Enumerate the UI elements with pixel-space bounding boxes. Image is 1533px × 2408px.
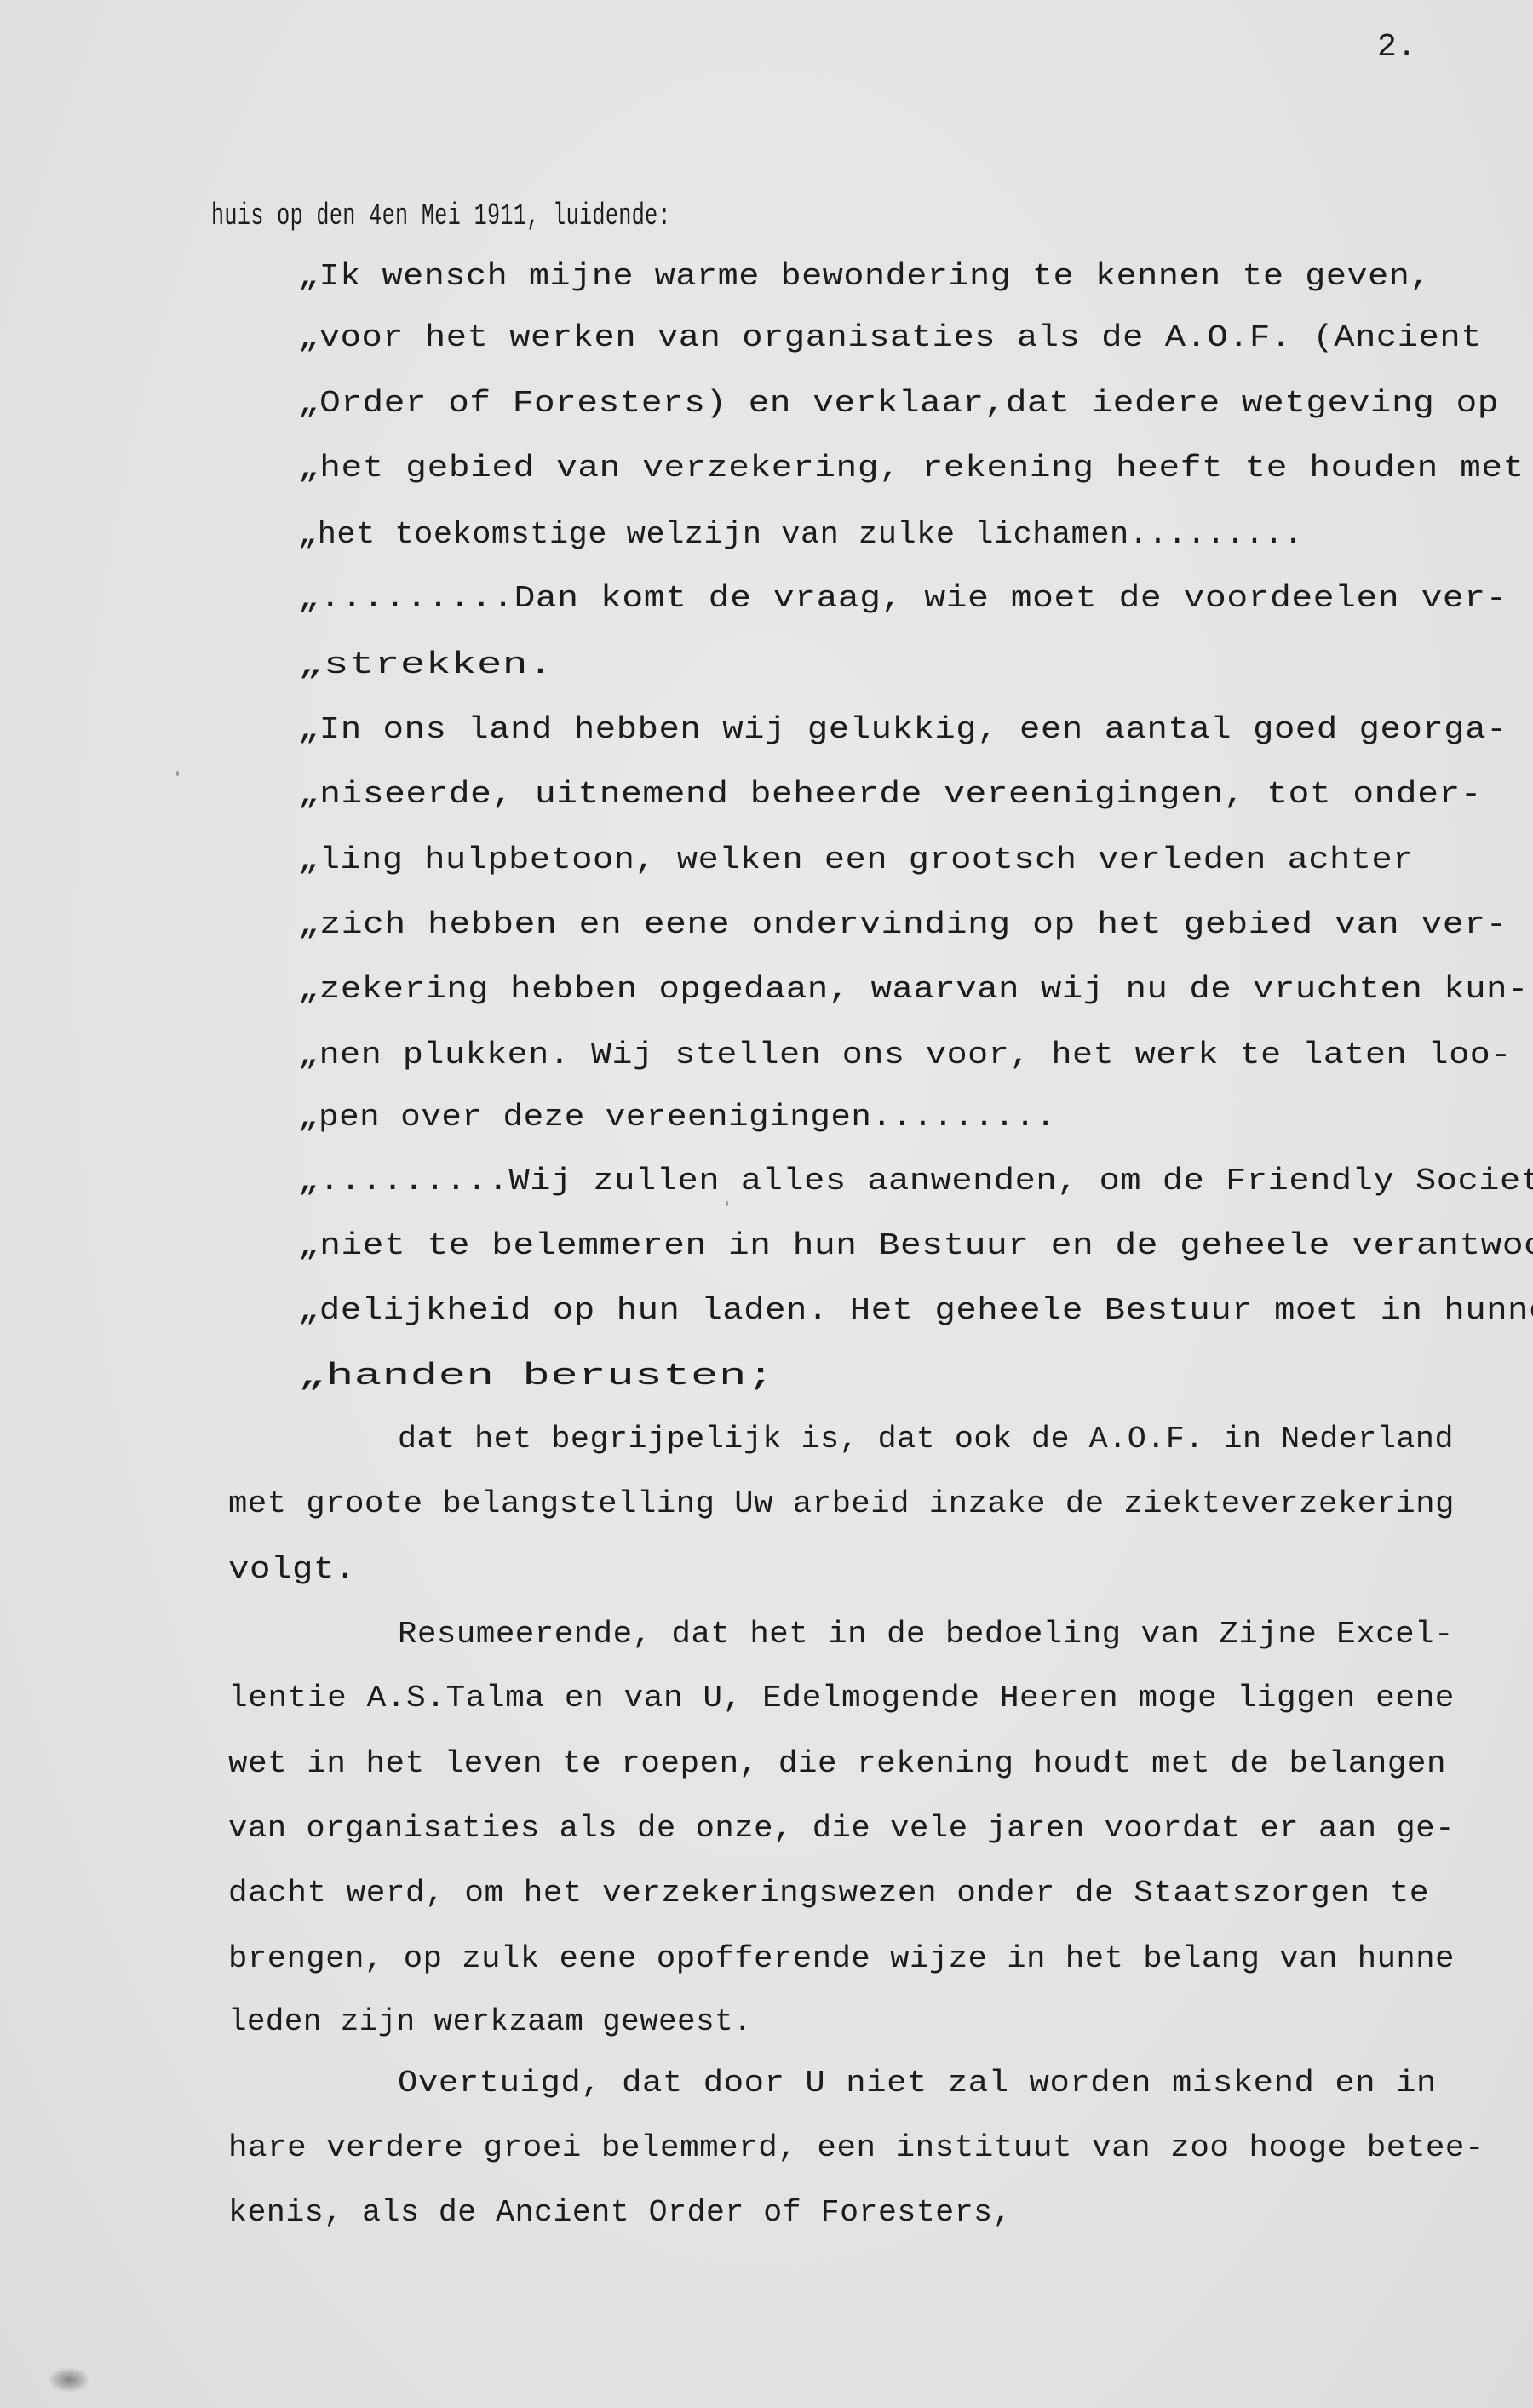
paper-speck bbox=[176, 771, 179, 776]
text-line: „pen over deze vereenigingen......... bbox=[298, 1099, 1056, 1136]
ink-smudge bbox=[49, 2368, 89, 2392]
text-line: dacht werd, om het verzekeringswezen ond… bbox=[228, 1875, 1429, 1912]
text-line: „delijkheid op hun laden. Het geheele Be… bbox=[298, 1292, 1533, 1330]
text-line: kenis, als de Ancient Order of Foresters… bbox=[228, 2194, 1012, 2232]
text-line: „.........Wij zullen alles aanwenden, om… bbox=[298, 1163, 1533, 1200]
text-line: van organisaties als de onze, die vele j… bbox=[228, 1810, 1455, 1848]
text-line: „het toekomstige welzijn van zulke licha… bbox=[298, 516, 1303, 554]
text-line: „strekken. bbox=[298, 647, 554, 684]
text-line: brengen, op zulk eene opofferende wijze … bbox=[228, 1940, 1455, 1978]
text-line: „ling hulpbetoon, welken een grootsch ve… bbox=[298, 842, 1414, 879]
text-line: met groote belangstelling Uw arbeid inza… bbox=[228, 1486, 1455, 1523]
text-line: lentie A.S.Talma en van U, Edelmogende H… bbox=[228, 1680, 1455, 1717]
text-line: „voor het werken van organisaties als de… bbox=[298, 319, 1482, 357]
text-line: „zekering hebben opgedaan, waarvan wij n… bbox=[298, 971, 1529, 1009]
text-line: leden zijn werkzaam geweest. bbox=[228, 2003, 752, 2041]
text-line: „.........Dan komt de vraag, wie moet de… bbox=[298, 580, 1507, 618]
text-line: huis op den 4en Mei 1911, luidende: bbox=[211, 198, 671, 235]
text-line: „nen plukken. Wij stellen ons voor, het … bbox=[298, 1037, 1512, 1074]
text-line: hare verdere groei belemmerd, een instit… bbox=[228, 2129, 1484, 2167]
text-line: wet in het leven te roepen, die rekening… bbox=[228, 1745, 1446, 1783]
paper-speck bbox=[726, 1201, 728, 1206]
text-line: „zich hebben en eene ondervinding op het… bbox=[298, 906, 1507, 944]
page-number: 2. bbox=[1377, 29, 1417, 66]
text-line: „niseerde, uitnemend beheerde vereenigin… bbox=[298, 776, 1482, 813]
text-line: „niet te belemmeren in hun Bestuur en de… bbox=[298, 1227, 1533, 1265]
text-line: Overtuigd, dat door U niet zal worden mi… bbox=[398, 2065, 1437, 2102]
text-line: „het gebied van verzekering, rekening he… bbox=[298, 450, 1524, 487]
text-line: „Order of Foresters) en verklaar,dat ied… bbox=[298, 385, 1499, 422]
text-line: Resumeerende, dat het in de bedoeling va… bbox=[398, 1616, 1454, 1653]
text-line: „handen berusten; bbox=[298, 1358, 775, 1395]
text-line: „In ons land hebben wij gelukkig, een aa… bbox=[298, 711, 1507, 749]
text-line: dat het begrijpelijk is, dat ook de A.O.… bbox=[398, 1421, 1454, 1458]
text-line: „Ik wensch mijne warme bewondering te ke… bbox=[298, 258, 1431, 296]
text-line: volgt. bbox=[228, 1551, 356, 1589]
typewritten-page: 2. huis op den 4en Mei 1911, luidende:„I… bbox=[0, 0, 1533, 2408]
